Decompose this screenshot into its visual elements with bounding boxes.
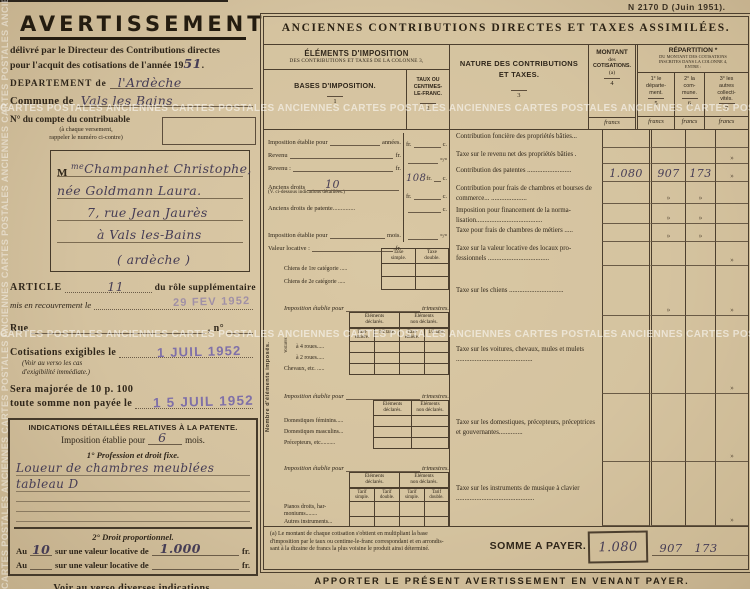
col-number-3: 3 xyxy=(511,90,527,99)
fr-label: fr. xyxy=(242,546,250,556)
verso-note: Voir au verso diverses indications. xyxy=(8,583,258,589)
commune-label: Commune de xyxy=(10,96,74,107)
commune-value-handwritten: Vals les Bains xyxy=(81,95,173,108)
autres-cell: » xyxy=(715,148,748,164)
voitures-row-4roues: à 4 roues..... xyxy=(284,342,449,353)
elements-column: Nombre d'éléments imposés. Imposition ét… xyxy=(264,130,450,526)
blank-line: 11 xyxy=(65,283,151,293)
autres-cell: » xyxy=(715,266,748,316)
account-label: N° du compte du contribuable xyxy=(10,115,162,125)
empty-cell xyxy=(399,364,424,375)
empty-cell xyxy=(374,517,399,527)
table-row: Taxe sur la valeur locative des locaux p… xyxy=(450,242,748,266)
issued-by-text: délivré par le Directeur des Contributio… xyxy=(10,45,256,72)
empty-cell xyxy=(399,517,424,527)
blank-line xyxy=(30,560,52,570)
nature-text: Contribution des patentes ..............… xyxy=(456,167,571,174)
footnote-line2: d'imposition par le taux ou centime-le-f… xyxy=(270,539,444,545)
montant-cell xyxy=(602,224,649,242)
majoration-line2: toute somme non payée le xyxy=(10,398,132,409)
commune-cell xyxy=(685,266,715,316)
empty-cell xyxy=(424,342,449,353)
nature-text: Taxe sur le revenu net des propriétés bâ… xyxy=(456,151,577,158)
droit-row2: Au sur une valeur locative de fr. xyxy=(16,560,250,570)
nature-label: Taxe sur les chiens ....................… xyxy=(450,266,602,316)
autres-instruments-label: Autres instruments... xyxy=(284,517,349,527)
departement-cell: » xyxy=(649,182,685,204)
imposition-trimestres-label: Imposition établie pour xyxy=(284,393,344,400)
issued-line1: délivré par le Directeur des Contributio… xyxy=(10,45,220,56)
nature-line2: ET TAXES. xyxy=(450,69,588,80)
addressee-sup: me xyxy=(71,162,84,171)
elements-subheader: BASES D'IMPOSITION. 1 TAUX OU CENTIMES- … xyxy=(264,70,449,129)
spacer xyxy=(284,400,373,416)
montant-cell xyxy=(602,204,649,224)
bottom-instruction: APPORTER LE PRÉSENT AVERTISSEMENT EN VEN… xyxy=(260,576,744,586)
rate-handwritten: 10 xyxy=(32,544,50,557)
left-panel: AVERTISSEMENT délivré par le Directeur d… xyxy=(8,4,258,586)
empty-cell xyxy=(374,353,399,364)
empty-cell xyxy=(381,264,415,277)
autres-cell xyxy=(715,130,748,148)
spacer xyxy=(284,488,349,503)
nature-text: Contribution pour frais de chambres et b… xyxy=(456,185,592,202)
profession-title: 1° Profession et droit fixe. xyxy=(14,450,252,460)
blank-line xyxy=(31,324,204,334)
table-row: Taxe sur les voitures, chevaux, mules et… xyxy=(450,316,748,394)
table-row: Contribution foncière des propriétés bât… xyxy=(450,130,748,148)
pianos-section: Imposition établie pourtrimestres. Éléme… xyxy=(264,458,449,526)
somme-commune-value: 173 xyxy=(690,533,722,556)
nature-label: Imposition pour financement de la norma-… xyxy=(450,204,602,224)
empty-cell xyxy=(374,364,399,375)
empty-cell xyxy=(411,438,449,449)
recouvrement-label: mis en recouvrement le xyxy=(10,300,91,310)
autres-cell xyxy=(715,204,748,224)
col-number-2: 2 xyxy=(420,103,436,112)
domestiques-row2: Domestiques masculins... xyxy=(284,427,449,438)
departement-cell: » xyxy=(649,204,685,224)
droit-mid-label: sur une valeur locative de xyxy=(55,560,149,570)
c-label: c. xyxy=(443,206,447,213)
montant-line3: COTISATIONS. xyxy=(589,63,635,70)
tarif-double-header: Tarifdouble. xyxy=(424,488,449,503)
table-row: Taxe pour frais de chambres de métiers .… xyxy=(450,224,748,242)
col-elements-header: ÉLÉMENTS D'IMPOSITION DES CONTRIBUTIONS … xyxy=(264,45,450,129)
domestiques-masculins-label: Domestiques masculins... xyxy=(284,427,373,438)
imposition-annees-label: Imposition établie pour xyxy=(268,139,328,146)
article-number-handwritten: 11 xyxy=(107,281,124,294)
departement-cell xyxy=(649,316,685,394)
blank-line xyxy=(227,324,253,334)
imposition-mois-label: Imposition établie pour xyxy=(268,232,328,239)
commune-cell xyxy=(685,148,715,164)
autres-line3: collecti- xyxy=(705,90,748,97)
period: . xyxy=(202,60,204,71)
table-footer: (a) Le montant de chaque cotisation s'ob… xyxy=(264,527,748,569)
commune-cell xyxy=(685,462,715,526)
taxe-double-header: Taxedouble. xyxy=(415,248,449,264)
nature-label: Taxe sur le revenu net des propriétés bâ… xyxy=(450,148,602,164)
departement-cell: » xyxy=(649,224,685,242)
col-number-5: 5 xyxy=(648,98,664,107)
departement-cell xyxy=(649,462,685,526)
montant-cell xyxy=(602,242,649,266)
table-title: ANCIENNES CONTRIBUTIONS DIRECTES ET TAXE… xyxy=(264,17,748,45)
empty-cell xyxy=(349,364,374,375)
ruled-line xyxy=(16,502,250,512)
addressee-nee-handwritten: née Goldmann Laura. xyxy=(57,183,202,198)
tarif-label: Tarif xyxy=(357,490,366,495)
somme-departement-value: 907 xyxy=(652,533,690,556)
issued-line2: pour l'acquit des cotisations de l'année… xyxy=(10,60,183,71)
repartition-title: RÉPARTITION * DU MONTANT DES COTISATIONS… xyxy=(638,45,748,73)
addressee-line: à Vals les-Bains xyxy=(57,221,243,243)
scan-edge xyxy=(0,0,228,2)
pianos-row2: Autres instruments... xyxy=(284,517,449,527)
table-body: Nombre d'éléments imposés. Imposition ét… xyxy=(264,130,748,527)
autres-line4: vités. xyxy=(705,96,748,103)
rue-row: Rue , n° xyxy=(10,323,256,334)
c-label: c. xyxy=(443,175,447,182)
mois-label: mois. xyxy=(387,232,401,239)
col-commune-header: 2° la com- mune. 6 xyxy=(674,73,704,116)
pianos-row1: Pianos droits, har-moniums........ xyxy=(284,502,449,517)
chiens-table: Taxesimple. Taxedouble. Chiens de 1re ca… xyxy=(284,248,449,290)
non-declares-label: non déclarés. xyxy=(410,479,437,485)
table-row: Contribution pour frais de chambres et b… xyxy=(450,182,748,204)
fr-label: fr. xyxy=(406,193,412,200)
non-declares-label: non déclarés. xyxy=(416,407,443,413)
col-bases-header: BASES D'IMPOSITION. 1 xyxy=(264,70,406,129)
rue-no-label: , n° xyxy=(208,323,224,334)
voitures-table: Élémentsdéclarés. Élémentsnon déclarés. … xyxy=(284,312,449,375)
tarif-simple-header: Tarifsimple. xyxy=(349,488,374,503)
blank-line xyxy=(293,165,394,172)
addressee-street-handwritten: 7, rue Jean Jaurès xyxy=(87,205,208,220)
nature-text: Taxe sur les chiens ....................… xyxy=(456,286,564,296)
francs-label: francs xyxy=(704,117,748,129)
spacer xyxy=(284,472,349,488)
departement-cell xyxy=(649,394,685,462)
patente-title: INDICATIONS DÉTAILLÉES RELATIVES À LA PA… xyxy=(14,423,252,432)
simple-label: simple. xyxy=(391,255,406,261)
commune-row: Commune de Vals les Bains xyxy=(10,96,256,107)
voitures-row-chevaux: Chevaux, etc. ..... xyxy=(284,364,449,375)
empty-cell xyxy=(374,342,399,353)
col-departement-header: 1° le départe- ment. 5 xyxy=(638,73,674,116)
4roues-label: à 4 roues..... xyxy=(296,342,349,353)
trimestres-label: trimestres. xyxy=(422,465,449,472)
autres-cell: » xyxy=(715,164,748,182)
footnote: (a) Le montant de chaque cotisation s'ob… xyxy=(264,527,488,569)
empty-cell xyxy=(415,264,449,277)
imposition-trimestres-label: Imposition établie pour xyxy=(284,465,344,472)
c-label: c. xyxy=(443,193,447,200)
bases-lines: Imposition établie pourannées. Revenufr.… xyxy=(264,133,403,242)
non-declares-label: non déclarés. xyxy=(410,319,437,325)
tarif-label: Tarif xyxy=(382,490,391,495)
blank-line xyxy=(346,305,420,312)
comm-line3: mune. xyxy=(675,90,704,97)
2roues-label: à 2 roues..... xyxy=(296,353,349,364)
col-number-7: 7 xyxy=(719,103,735,112)
voitures-header-row2: Taxeentière. 1/2 taxe. Taxeentière. 1/2 … xyxy=(284,328,449,343)
year-handwritten: 51 xyxy=(183,56,201,71)
repartition-line1: RÉPARTITION * xyxy=(638,47,748,54)
somme-autres-cell xyxy=(722,533,748,556)
profession-handwritten1: Loueur de chambres meublées xyxy=(16,461,214,475)
patente-imposition-suffix: mois. xyxy=(185,435,205,445)
chiens-row1: Chiens de 1re catégorie ..... xyxy=(284,264,449,277)
entiere-label: entière. xyxy=(355,335,369,340)
nature-text: Imposition pour financement de la norma-… xyxy=(456,207,571,224)
col-repartition-header: RÉPARTITION * DU MONTANT DES COTISATIONS… xyxy=(635,45,748,129)
table-row: Taxe sur les domestiques, précepteurs, p… xyxy=(450,394,748,462)
elements-title: ÉLÉMENTS D'IMPOSITION DES CONTRIBUTIONS … xyxy=(264,45,449,70)
pianos-header-row2: Tarifsimple. Tarifdouble. Tarifsimple. T… xyxy=(284,488,449,503)
voitures-section: Imposition établie pourtrimestres. Éléme… xyxy=(264,298,449,386)
autres-cell: » xyxy=(715,316,748,394)
empty-cell xyxy=(415,277,449,290)
blank-line xyxy=(330,139,380,146)
commune-cell: » xyxy=(685,182,715,204)
montant-cell xyxy=(602,394,649,462)
montant-cell xyxy=(602,182,649,204)
elements-non-declares-header: Élémentsnon déclarés. xyxy=(399,312,449,328)
empty-cell xyxy=(411,416,449,427)
addressee-line: ( ardèche ) xyxy=(57,243,243,267)
blank-line xyxy=(414,141,441,148)
empty-cell xyxy=(373,438,411,449)
empty-cell xyxy=(399,502,424,517)
addressee-prefix: M xyxy=(57,167,67,179)
fr-label: fr. xyxy=(426,175,432,182)
departement-label: DEPARTEMENT de xyxy=(10,79,107,89)
domestiques-section: Imposition établie pourtrimestres. Éléme… xyxy=(264,386,449,458)
majoration-line1: Sera majorée de 10 p. 100 xyxy=(10,384,133,395)
dept-line2: départe- xyxy=(638,83,674,90)
autres-cell xyxy=(715,182,748,204)
addressee-name-handwritten: Champanhet Christophe, xyxy=(84,161,252,176)
droit-row1: Au 10 sur une valeur locative de 1.000 f… xyxy=(16,546,250,556)
nature-text: Contribution foncière des propriétés bât… xyxy=(456,133,577,140)
au-label: Au xyxy=(16,546,27,556)
double-label: double. xyxy=(380,495,394,500)
blank-line xyxy=(346,393,420,400)
addressee-city-handwritten: à Vals les-Bains xyxy=(97,227,202,242)
taux-handwritten: 108 xyxy=(406,173,426,184)
montant-cell xyxy=(602,130,649,148)
departement-value-handwritten: l'Ardèche xyxy=(118,77,182,90)
page-title: AVERTISSEMENT xyxy=(20,12,246,40)
ruled-line xyxy=(16,512,250,522)
demi-taxe-label: 1/2 taxe. xyxy=(428,330,445,335)
annees-label: années. xyxy=(382,139,401,146)
trimestres-label: trimestres. xyxy=(422,393,449,400)
elements-non-declares-header: Élémentsnon déclarés. xyxy=(411,400,449,416)
voitures-row-2roues: à 2 roues..... xyxy=(284,353,449,364)
col-number-6: 6 xyxy=(682,98,698,107)
account-label-block: N° du compte du contribuable (à chaque v… xyxy=(10,115,162,145)
dept-line3: ment. xyxy=(638,90,674,97)
empty-cell xyxy=(424,353,449,364)
blank-line: 10 xyxy=(30,546,52,556)
montant-cell xyxy=(602,148,649,164)
droit-mid-label: sur une valeur locative de xyxy=(55,546,149,556)
table-header: ÉLÉMENTS D'IMPOSITION DES CONTRIBUTIONS … xyxy=(264,45,748,130)
empty-cell xyxy=(411,427,449,438)
vertical-label-nombre-elements: Nombre d'éléments imposés. xyxy=(265,258,274,516)
blank-line xyxy=(408,157,438,164)
elements-title-line2: DES CONTRIBUTIONS ET TAXES DE LA COLONNE… xyxy=(264,58,449,64)
double-label: double. xyxy=(424,255,439,261)
exigibles-row: Cotisations exigibles le 1 JUIL 1952 xyxy=(10,347,256,358)
majoration-row2: toute somme non payée le 1 5 JUIL 1952 xyxy=(10,398,256,409)
voitures-vertical-label: Voitures xyxy=(284,334,294,356)
tarif-simple-header: Tarifsimple. xyxy=(399,488,424,503)
domestiques-table: Élémentsdéclarés. Élémentsnon déclarés. … xyxy=(284,400,449,449)
blank-line: 1.000 xyxy=(152,546,239,556)
amount-handwritten: 1.000 xyxy=(160,543,201,556)
taux-line1: TAUX OU xyxy=(407,77,449,84)
pianos-table: Élémentsdéclarés. Élémentsnon déclarés. … xyxy=(284,472,449,527)
taxe-label: Taxe xyxy=(407,330,416,335)
repartition-line4: ENTRE : xyxy=(638,64,748,69)
blank-line xyxy=(346,465,420,472)
article-row: ARTICLE 11 du rôle supplémentaire xyxy=(10,282,256,293)
domestiques-feminins-label: Domestiques féminins..... xyxy=(284,416,373,427)
empty-cell xyxy=(349,502,374,517)
patente-imposition-label: Imposition établie pour xyxy=(61,435,145,445)
empty-cell xyxy=(399,353,424,364)
addressee-sup-handwritten: me xyxy=(71,161,84,176)
repartition-francs-row: francs francs francs xyxy=(638,116,748,129)
blank-line xyxy=(330,232,385,239)
addressee-line: me Champanhet Christophe, xyxy=(57,155,243,177)
table-row: Taxe sur les instruments de musique à cl… xyxy=(450,462,748,526)
majoration-date-stamp: 1 5 JUIL 1952 xyxy=(153,393,254,411)
autres-cell xyxy=(715,224,748,242)
nature-text: Taxe sur la valeur locative des locaux p… xyxy=(456,245,571,262)
montant-line4: (a) xyxy=(589,70,635,76)
commune-cell: » xyxy=(685,204,715,224)
col-number-1: 1 xyxy=(327,96,343,105)
account-note: (à chaque versement, rappeler le numéro … xyxy=(10,126,162,142)
montant-cell xyxy=(602,462,649,526)
nature-label: Taxe sur les voitures, chevaux, mules et… xyxy=(450,316,602,394)
empty-cell xyxy=(349,353,374,364)
commune-cell xyxy=(685,394,715,462)
exigibles-note-line1: (Voir au verso les cas xyxy=(22,359,82,367)
exigibles-date-stamp: 1 JUIL 1952 xyxy=(157,343,242,360)
chiens-section: Taxesimple. Taxedouble. Chiens de 1re ca… xyxy=(264,242,449,298)
patente-imposition-row: Imposition établie pour 6 mois. xyxy=(14,435,252,445)
declares-label: déclarés. xyxy=(365,319,383,325)
col-autres-header: 3° les autres collecti- vités. 7 xyxy=(704,73,748,116)
nature-label: Taxe sur la valeur locative des locaux p… xyxy=(450,242,602,266)
nature-label: Taxe sur les domestiques, précepteurs, p… xyxy=(450,394,602,462)
departement-cell: » xyxy=(649,266,685,316)
addressee-line: née Goldmann Laura. xyxy=(57,177,243,199)
empty-cell xyxy=(373,416,411,427)
domestiques-header-row: Élémentsdéclarés. Élémentsnon déclarés. xyxy=(284,400,449,416)
dept-line1: 1° le xyxy=(638,76,674,83)
trimestres-label: trimestres. xyxy=(422,305,449,312)
account-number-box xyxy=(162,117,256,145)
account-note-line1: (à chaque versement, xyxy=(59,126,112,133)
exigibles-note: (Voir au verso les cas d'exigibilité imm… xyxy=(22,359,256,377)
pianos-label-line1: Pianos droits, har- xyxy=(284,504,326,510)
anciens-droits-patente-label: Anciens droits de patente.............. xyxy=(268,205,355,212)
comm-line2: com- xyxy=(675,83,704,90)
footnote-line1: (a) Le montant de chaque cotisation s'ob… xyxy=(270,531,428,537)
profession-line2: tableau D xyxy=(16,476,250,492)
col-nature-header: NATURE DES CONTRIBUTIONS ET TAXES. 3 xyxy=(450,45,588,129)
empty-cell xyxy=(374,502,399,517)
autres-line2: autres xyxy=(705,83,748,90)
elements-declares-header: Élémentsdéclarés. xyxy=(373,400,411,416)
blank-line: 6 xyxy=(148,435,182,445)
addressee-line: 7, rue Jean Jaurès xyxy=(57,199,243,221)
bases-label: BASES D'IMPOSITION. xyxy=(264,81,406,90)
patente-box: INDICATIONS DÉTAILLÉES RELATIVES À LA PA… xyxy=(8,418,258,576)
commune-cell xyxy=(685,316,715,394)
elements-declares-header: Élémentsdéclarés. xyxy=(349,472,399,488)
simple-label: simple. xyxy=(405,495,419,500)
empty-cell xyxy=(349,517,374,527)
elements-non-declares-header: Élémentsnon déclarés. xyxy=(399,472,449,488)
chiens-header-row: Taxesimple. Taxedouble. xyxy=(284,248,449,264)
blank-line xyxy=(408,233,438,240)
taxe-label: Taxe xyxy=(357,330,366,335)
demi-taxe-label: 1/2 taxe. xyxy=(379,330,396,335)
addressee-dept-handwritten: ( ardèche ) xyxy=(117,252,190,267)
pct-label: °/° xyxy=(440,233,447,240)
chiens-cat2-label: Chiens de 2e catégorie ..... xyxy=(284,277,381,290)
simple-label: simple. xyxy=(355,495,369,500)
nature-label: Contribution pour frais de chambres et b… xyxy=(450,182,602,204)
exigibles-label: Cotisations exigibles le xyxy=(10,347,116,358)
droit-proportionnel-section: 2° Droit proportionnel. Au 10 sur une va… xyxy=(14,527,252,574)
empty-cell xyxy=(424,364,449,375)
au-label: Au xyxy=(16,560,27,570)
precepteurs-label: Précepteurs, etc.......... xyxy=(284,438,373,449)
table-row: Taxe sur le revenu net des propriétés bâ… xyxy=(450,148,748,164)
nature-rows: Contribution foncière des propriétés bât… xyxy=(450,130,748,526)
voitures-header-row1: Élémentsdéclarés. Élémentsnon déclarés. xyxy=(284,312,449,328)
spacer xyxy=(284,312,349,328)
blank-line: 10 xyxy=(307,184,399,191)
repartition-subcols: 1° le départe- ment. 5 2° la com- mune. … xyxy=(638,73,748,116)
revenu2-label: Revenu : xyxy=(268,165,291,172)
col-number-4: 4 xyxy=(604,78,620,87)
montant-cell xyxy=(602,266,649,316)
nature-text: Taxe sur les instruments de musique à cl… xyxy=(456,484,599,504)
elements-title-line1: ÉLÉMENTS D'IMPOSITION xyxy=(264,49,449,58)
demi-taxe-header: 1/2 taxe. xyxy=(374,328,399,343)
elements-declares-header: Élémentsdéclarés. xyxy=(349,312,399,328)
spacer xyxy=(284,248,381,264)
autres-line1: 3° les xyxy=(705,76,748,83)
exigibles-note-line2: d'exigibilité immédiate.) xyxy=(22,368,90,376)
empty-cell xyxy=(399,342,424,353)
col-montant-header: MONTANT des COTISATIONS. (a) 4 francs xyxy=(588,45,635,129)
chiens-cat1-label: Chiens de 1re catégorie ..... xyxy=(284,264,381,277)
profession-line1: Loueur de chambres meublées xyxy=(16,460,250,476)
francs-label: francs xyxy=(638,117,674,129)
chiens-row2: Chiens de 2e catégorie ..... xyxy=(284,277,449,290)
